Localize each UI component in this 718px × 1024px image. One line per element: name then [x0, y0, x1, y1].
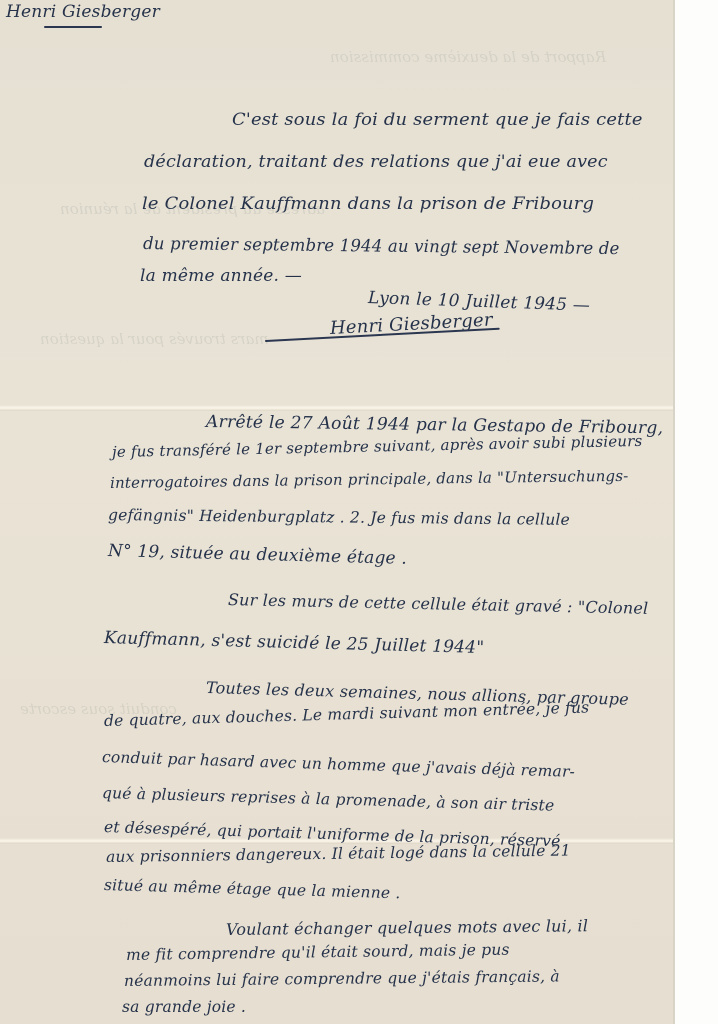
body-line: situé au même étage que la mienne .	[104, 876, 401, 902]
declaration-line: du premier septembre 1944 au vingt sept …	[143, 234, 620, 259]
body-line: qué à plusieurs reprises à la promenade,…	[102, 784, 555, 815]
body-line: Sur les murs de cette cellule était grav…	[228, 590, 649, 618]
declaration-line: le Colonel Kauffmann dans la prison de F…	[142, 194, 594, 214]
paper-fold	[0, 405, 673, 411]
bleed-through-text: mars trouvés pour la question	[40, 330, 269, 348]
body-line: néanmoins lui faire comprendre que j'éta…	[124, 967, 560, 990]
letter-page: Rapport de la deuxième commission adress…	[0, 0, 673, 1024]
body-line: me fit comprendre qu'il était sourd, mai…	[126, 941, 510, 964]
header-underline	[44, 26, 102, 28]
body-line: aux prisonniers dangereux. Il était logé…	[106, 842, 571, 866]
page-edge	[673, 0, 675, 1024]
body-line: N° 19, située au deuxième étage .	[108, 541, 408, 569]
body-line: Kauffmann, s'est suicidé le 25 Juillet 1…	[104, 628, 485, 658]
body-line: Voulant échanger quelques mots avec lui,…	[226, 916, 588, 939]
body-line: je fus transféré le 1er septembre suivan…	[112, 432, 643, 461]
body-line: sa grande joie .	[122, 998, 246, 1016]
declaration-line: C'est sous la foi du serment que je fais…	[232, 110, 643, 130]
declaration-line: déclaration, traitant des relations que …	[144, 152, 608, 172]
declaration-line: la même année. —	[140, 266, 302, 286]
bleed-through-text: Rapport de la deuxième commission	[330, 48, 606, 66]
header-name: Henri Giesberger	[6, 2, 160, 22]
body-line: gefängnis" Heidenburgplatz . 2. Je fus m…	[108, 506, 570, 529]
body-line: interrogatoires dans la prison principal…	[110, 467, 629, 492]
body-line: conduit par hasard avec un homme que j'a…	[102, 748, 576, 781]
